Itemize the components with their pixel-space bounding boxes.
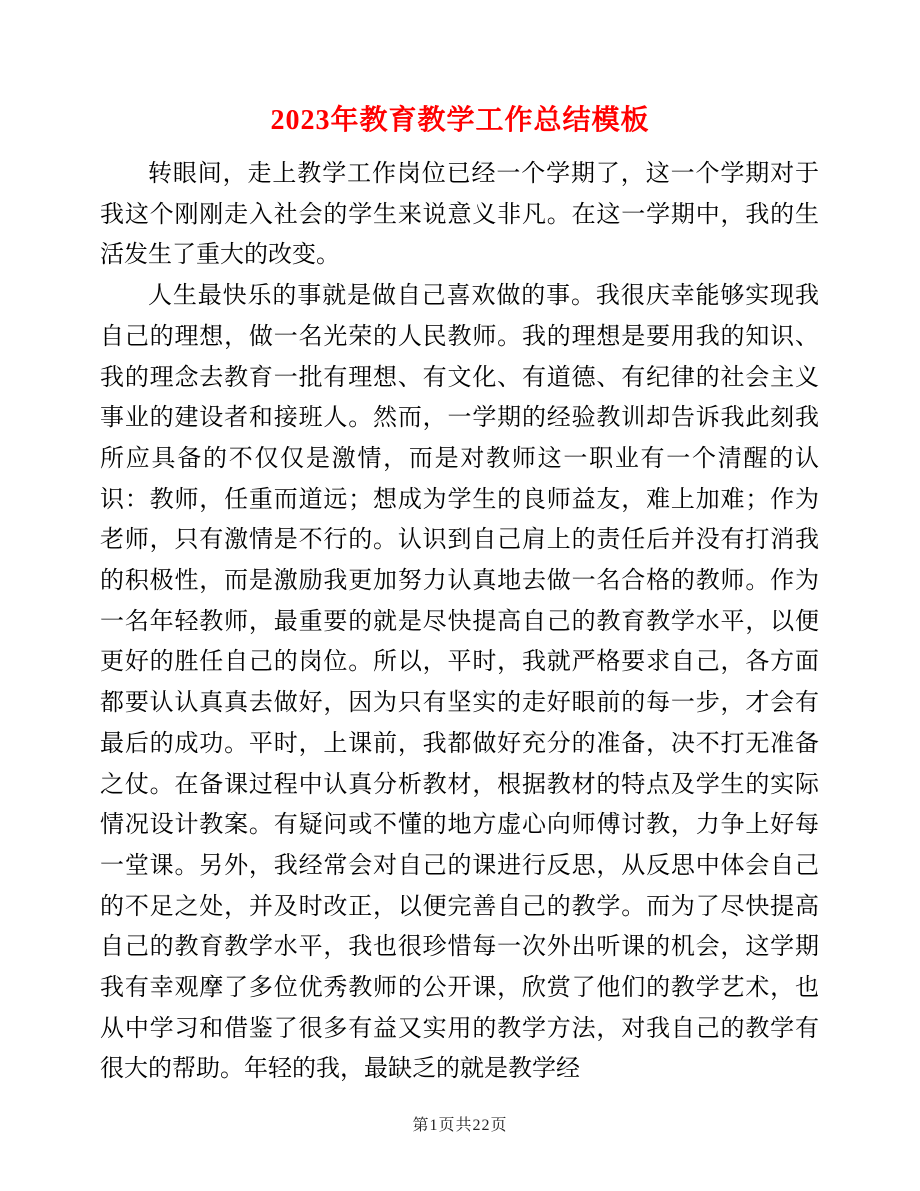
document-title: 2023年教育教学工作总结模板: [0, 98, 920, 138]
page-number-label: 第1页共22页: [412, 1117, 507, 1134]
document-page: 2023年教育教学工作总结模板 转眼间，走上教学工作岗位已经一个学期了，这一个学…: [0, 0, 920, 1191]
paragraph-intro: 转眼间，走上教学工作岗位已经一个学期了，这一个学期对于我这个刚刚走入社会的学生来…: [100, 154, 819, 276]
document-body: 转眼间，走上教学工作岗位已经一个学期了，这一个学期对于我这个刚刚走入社会的学生来…: [100, 154, 819, 1090]
page-footer: 第1页共22页: [0, 1112, 920, 1135]
paragraph-main: 人生最快乐的事就是做自己喜欢做的事。我很庆幸能够实现我自己的理想，做一名光荣的人…: [100, 276, 819, 1090]
